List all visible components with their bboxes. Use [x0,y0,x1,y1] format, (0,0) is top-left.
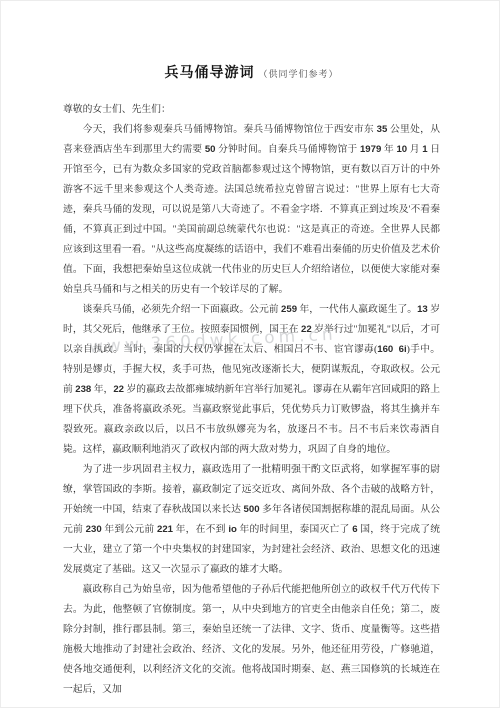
document-title-text: 兵马俑导游词 [164,66,254,81]
paragraph-intro-museum: 今天，我们将参观秦兵马俑博物馆。秦兵马俑博物馆位于西安市东 35 公里处，从喜来… [63,120,440,300]
document-title-note: （供同学们参考） [258,69,338,79]
paragraph-unification: 为了进一步巩固君主权力，嬴政选用了一批精明强干酌文臣武将，如掌握军事的尉缭，掌管… [63,460,440,580]
salutation-line: 尊敬的女士们、先生们： [63,100,440,120]
page-title: 兵马俑导游词（供同学们参考） [63,63,440,84]
document-page: 兵马俑导游词（供同学们参考） www.360dwk.com.cn 尊敬的女士们、… [0,0,500,708]
paragraph-first-emperor-reforms: 嬴政称自己为始皇帝，因为他希望他的子孙后代能把他所创立的政权千代万代传下去。为此… [63,580,440,700]
paragraph-yingzheng-early-life: 谈秦兵马俑，必须先介绍一下面嬴政。公元前 259 年，一代伟人嬴政诞生了。13 … [63,300,440,460]
